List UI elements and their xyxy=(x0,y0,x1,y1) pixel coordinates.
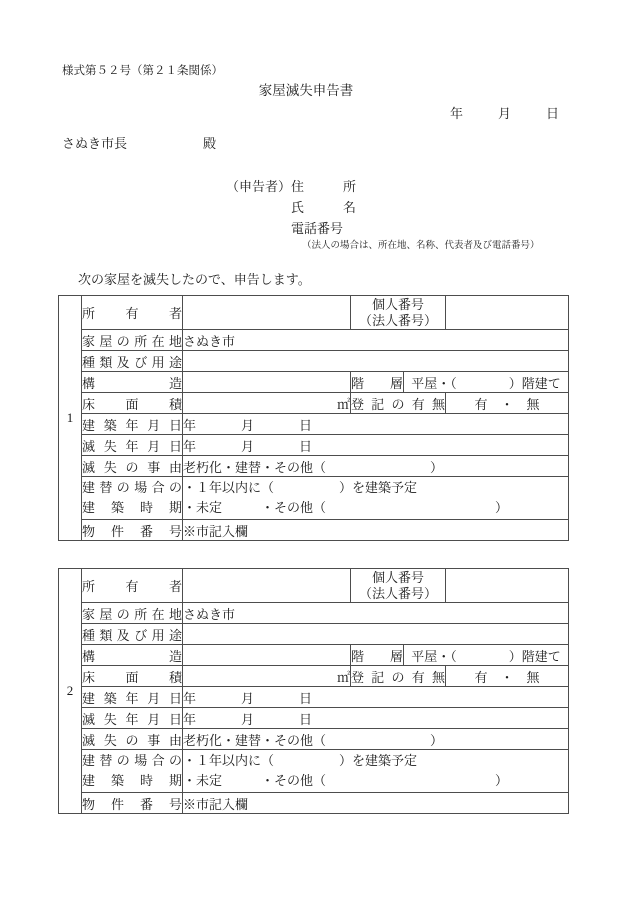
house-location-value: さぬき市 xyxy=(183,603,569,624)
property-number-label: 物件番号 xyxy=(82,520,183,541)
house-location-value: さぬき市 xyxy=(183,330,569,351)
owner-input-cell xyxy=(183,569,351,603)
owner-label: 所有者 xyxy=(82,569,183,603)
rebuild-timing-label: 建替の場合の 建築時期 xyxy=(82,750,183,793)
structure-input-cell xyxy=(183,372,351,393)
built-date-label: 建築年月日 xyxy=(82,414,183,435)
registration-label: 登記の有無 xyxy=(351,393,446,414)
loss-reason-label: 滅失の事由 xyxy=(82,729,183,750)
floor-area-unit: ㎡ xyxy=(183,393,351,414)
floor-area-label: 床面積 xyxy=(82,393,183,414)
addressee-line: さぬき市長殿 xyxy=(62,133,216,152)
floor-area-label: 床面積 xyxy=(82,666,183,687)
registration-options: 有 ・ 無 xyxy=(446,666,569,687)
intro-sentence: 次の家屋を滅失したので、申告します。 xyxy=(78,269,311,288)
house-location-label: 家屋の所在地 xyxy=(82,330,183,351)
owner-input-cell xyxy=(183,296,351,330)
registration-label: 登記の有無 xyxy=(351,666,446,687)
loss-date-label: 滅失年月日 xyxy=(82,435,183,456)
entry-number: 2 xyxy=(59,569,82,814)
loss-reason-label: 滅失の事由 xyxy=(82,456,183,477)
floors-options: 平屋・（ ）階建て xyxy=(404,372,569,393)
loss-date-placeholder: 年 月 日 xyxy=(183,435,569,456)
applicant-block: （申告者）住 所 氏 名 電話番号 xyxy=(226,176,356,239)
loss-date-placeholder: 年 月 日 xyxy=(183,708,569,729)
structure-label: 構造 xyxy=(82,372,183,393)
house-entry-table-1: 1 所有者 個人番号 （法人番号） 家屋の所在地 さぬき市 種類及び用途 xyxy=(58,295,569,541)
loss-reason-options: 老朽化・建替・その他（ ） xyxy=(183,729,569,750)
floor-area-unit: ㎡ xyxy=(183,666,351,687)
built-date-placeholder: 年 月 日 xyxy=(183,687,569,708)
structure-input-cell xyxy=(183,645,351,666)
applicant-prefix: （申告者） xyxy=(226,176,291,197)
house-location-label: 家屋の所在地 xyxy=(82,603,183,624)
personal-number-label: 個人番号 （法人番号） xyxy=(351,569,446,603)
rebuild-timing-label: 建替の場合の 建築時期 xyxy=(82,477,183,520)
entry-number: 1 xyxy=(59,296,82,541)
loss-date-label: 滅失年月日 xyxy=(82,708,183,729)
built-date-label: 建築年月日 xyxy=(82,687,183,708)
property-number-note: ※市記入欄 xyxy=(183,520,569,541)
owner-label: 所有者 xyxy=(82,296,183,330)
applicant-phone-label: 電話番号 xyxy=(291,218,356,239)
property-number-label: 物件番号 xyxy=(82,793,183,814)
personal-number-input-cell xyxy=(446,296,569,330)
house-entry-table-2: 2 所有者 個人番号 （法人番号） 家屋の所在地 さぬき市 種類及び用途 xyxy=(58,568,569,814)
personal-number-input-cell xyxy=(446,569,569,603)
floors-label: 階層 xyxy=(351,645,404,666)
page-title: 家屋滅失申告書 xyxy=(0,79,612,99)
rebuild-timing-options: ・１年以内に（ ）を建築予定 ・未定 ・その他（ ） xyxy=(183,477,569,520)
floors-label: 階層 xyxy=(351,372,404,393)
addressee: さぬき市長 xyxy=(62,136,127,151)
kind-use-label: 種類及び用途 xyxy=(82,624,183,645)
corporate-note: （法人の場合は、所在地、名称、代表者及び電話番号） xyxy=(302,237,540,251)
kind-use-label: 種類及び用途 xyxy=(82,351,183,372)
personal-number-label: 個人番号 （法人番号） xyxy=(351,296,446,330)
rebuild-timing-options: ・１年以内に（ ）を建築予定 ・未定 ・その他（ ） xyxy=(183,750,569,793)
floors-options: 平屋・（ ）階建て xyxy=(404,645,569,666)
applicant-address-line: （申告者）住 所 xyxy=(226,176,356,197)
form-page: 様式第５２号（第２１条関係） 家屋滅失申告書 年 月 日 さぬき市長殿 （申告者… xyxy=(0,0,630,903)
applicant-name-label: 氏 名 xyxy=(291,197,356,218)
applicant-address-label: 住 所 xyxy=(291,179,356,194)
registration-options: 有 ・ 無 xyxy=(446,393,569,414)
built-date-placeholder: 年 月 日 xyxy=(183,414,569,435)
form-number: 様式第５２号（第２１条関係） xyxy=(62,62,223,78)
date-line: 年 月 日 xyxy=(450,103,562,122)
loss-reason-options: 老朽化・建替・その他（ ） xyxy=(183,456,569,477)
honorific: 殿 xyxy=(203,136,216,151)
kind-use-input-cell xyxy=(183,351,569,372)
property-number-note: ※市記入欄 xyxy=(183,793,569,814)
structure-label: 構造 xyxy=(82,645,183,666)
kind-use-input-cell xyxy=(183,624,569,645)
